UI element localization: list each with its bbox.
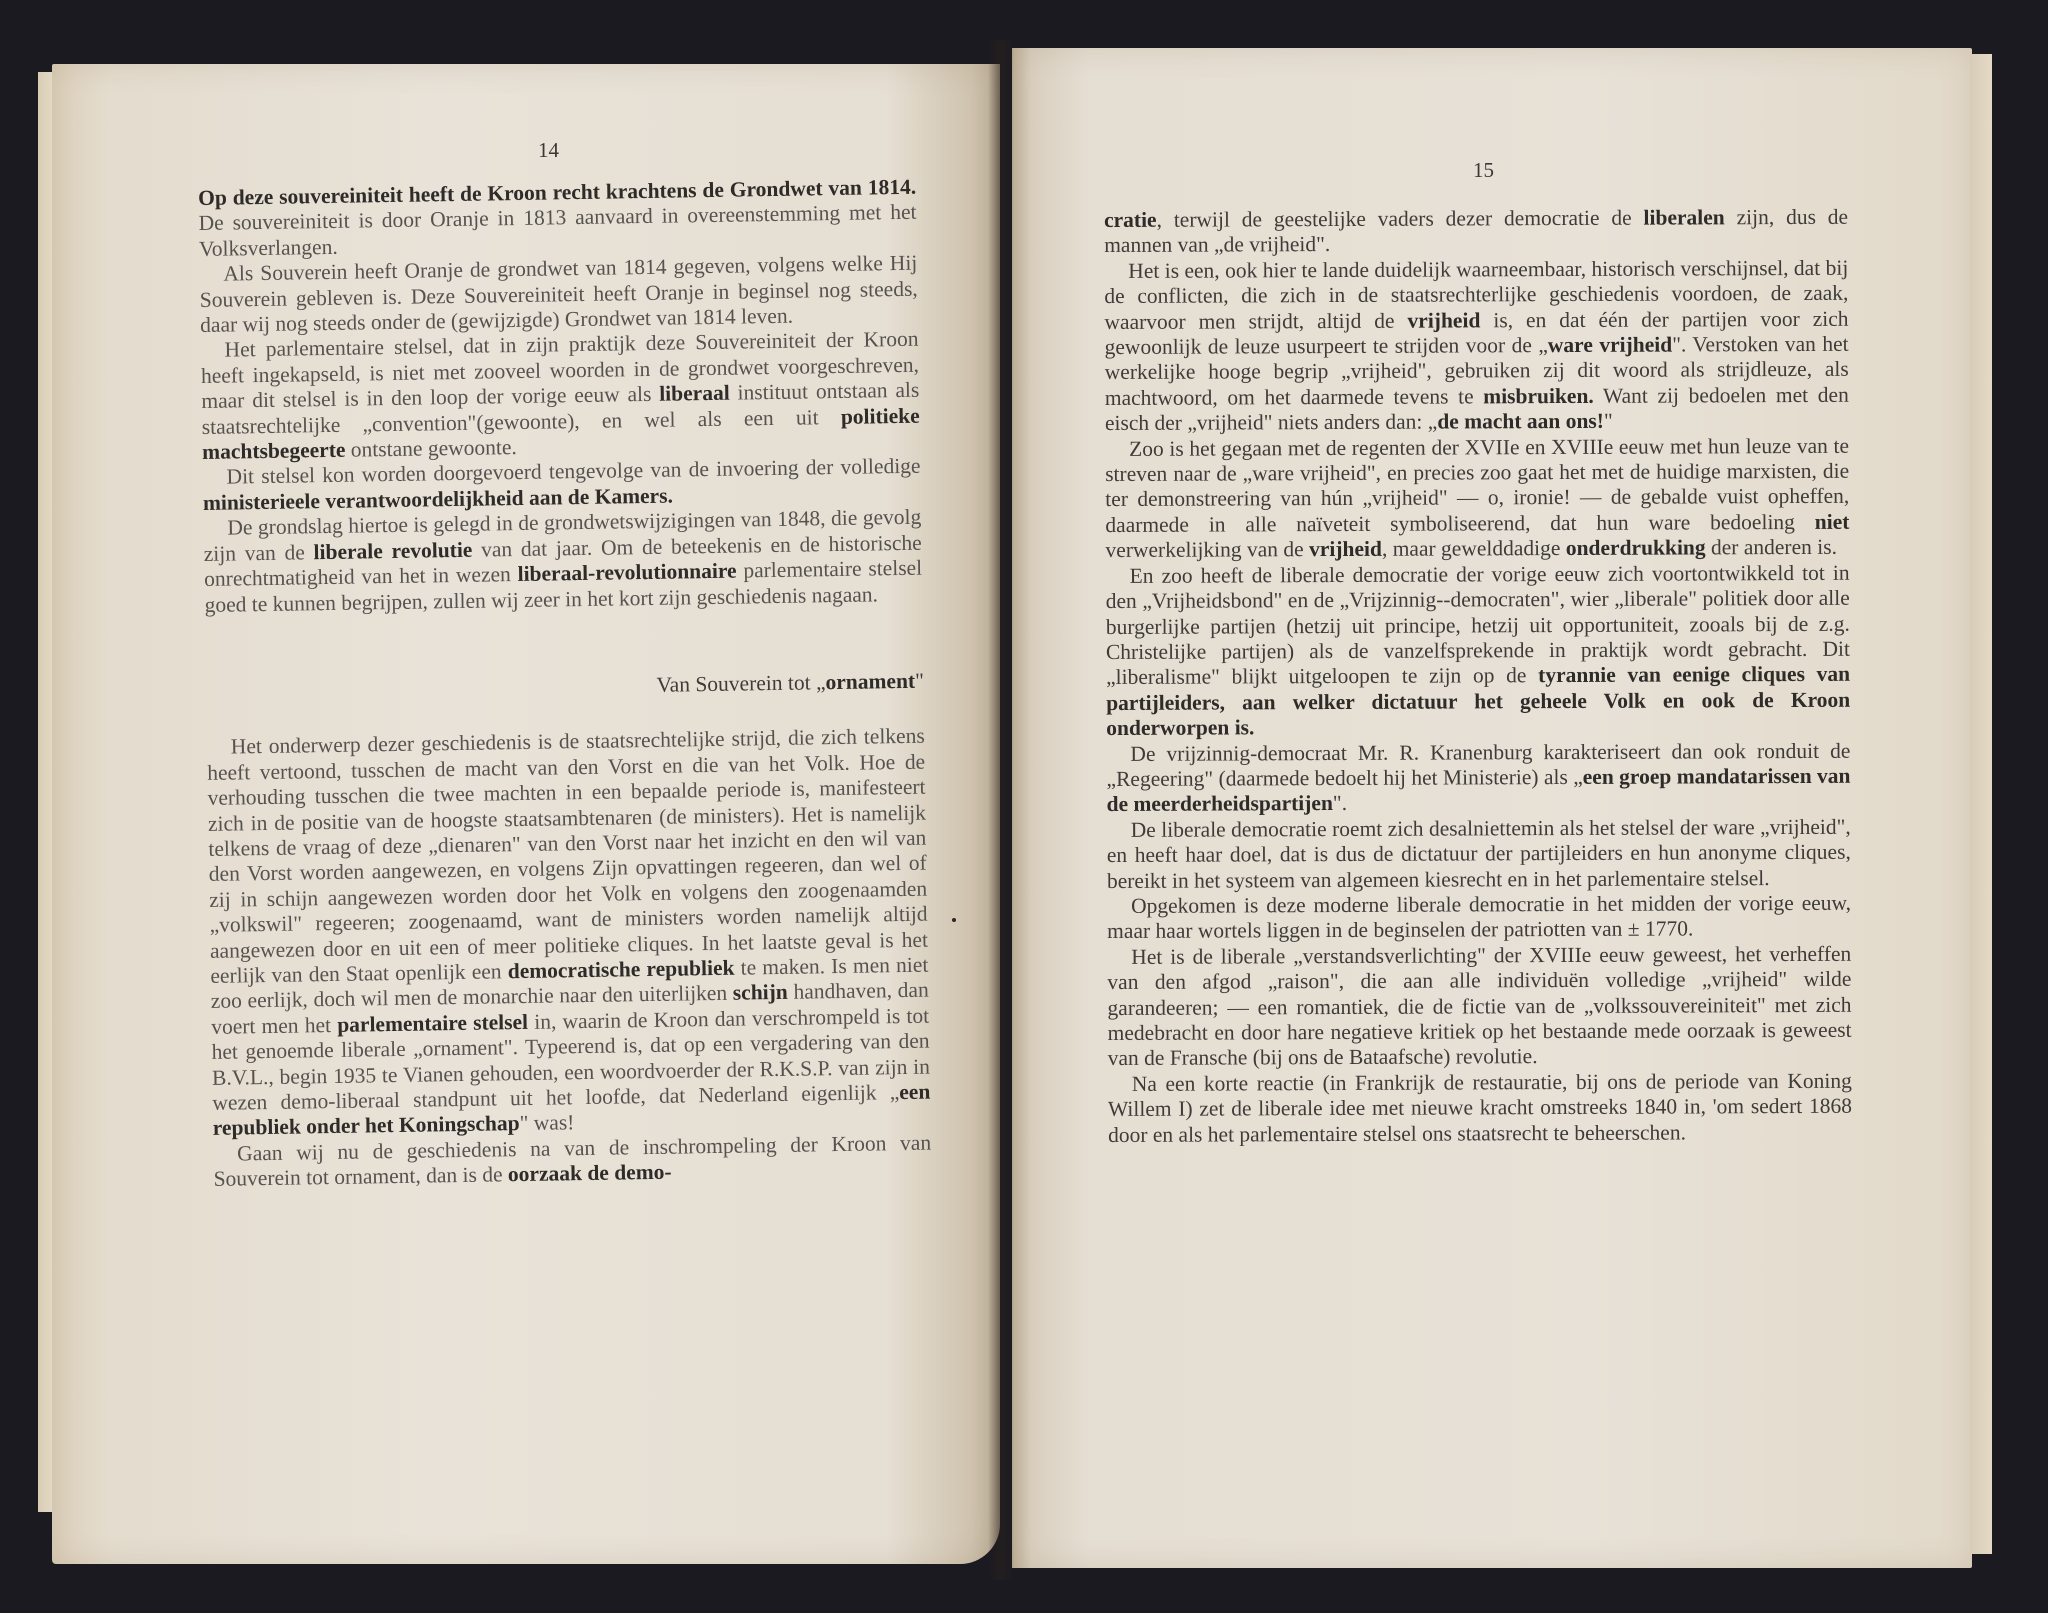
text: " [1604,409,1613,433]
bold-text: liberalen [1643,205,1724,229]
right-page-stack-edge [1970,54,1992,1554]
paragraph: Opgekomen is deze moderne liberale democ… [1107,891,1851,945]
left-page-body-text: Op deze souvereiniteit heeft de Kroon re… [198,175,932,1193]
bold-text: parlementaire stelsel [337,1010,528,1037]
bold-text: vrijheid [1309,537,1382,561]
text: ontstane gewoonte. [345,435,517,462]
text: der anderen is. [1706,535,1837,560]
bold-text: liberaal [659,381,730,406]
paragraph: Het parlementaire stelsel, dat in zijn p… [200,327,920,465]
bold-text: liberale revolutie [313,537,472,563]
right-page-body-text: cratie, terwijl de geestelijke vaders de… [1104,205,1852,1148]
paragraph: Op deze souvereiniteit heeft de Kroon re… [198,175,917,262]
paragraph: De vrijzinnig-democraat Mr. R. Kranenbur… [1106,738,1850,817]
bold-text: oorzaak de demo- [508,1160,672,1187]
text: Het onderwerp dezer geschiedenis is de s… [207,724,928,988]
bold-text: schijn [733,980,788,1005]
bold-text: niet [1815,510,1850,534]
text: Zoo is het gegaan met de regenten der XV… [1105,433,1849,536]
bold-text: vrijheid [1407,308,1480,332]
paragraph: Het is de liberale „verstandsverlichting… [1107,942,1852,1072]
bold-text: misbruiken. [1483,384,1594,408]
text: " [915,669,924,693]
book-gutter [988,40,1014,1580]
text: ". [1333,791,1347,815]
bold-text: ware vrijheid [1548,333,1672,358]
paragraph: De liberale democratie roemt zich desaln… [1107,814,1851,893]
paragraph: En zoo heeft de liberale democratie der … [1106,560,1851,741]
paragraph: Het is een, ook hier te lande duidelijk … [1104,256,1849,437]
text: Het is de liberale „verstandsverlichting… [1107,942,1851,1071]
text: Opgekomen is deze moderne liberale democ… [1107,891,1851,944]
bold-text: democratische republiek [508,956,735,984]
ink-speck [952,918,956,922]
text: Als Souverein heeft Oranje de grondwet v… [200,251,918,337]
section-heading: Van Souverein tot „ornament" [206,669,924,706]
bold-text: liberaal-revolutionnaire [517,559,736,586]
text: Na een korte reactie (in Frankrijk de re… [1108,1069,1852,1147]
paragraph: cratie, terwijl de geestelijke vaders de… [1104,205,1848,259]
text: verwerkelijking van de [1105,537,1309,562]
page-number-left: 14 [538,138,559,163]
paragraph: Als Souverein heeft Oranje de grondwet v… [199,251,918,338]
text: , maar gewelddadige [1382,536,1566,561]
bold-text: cratie [1104,208,1157,232]
text: De liberale democratie roemt zich desaln… [1107,814,1851,892]
paragraph: Na een korte reactie (in Frankrijk de re… [1108,1069,1852,1148]
text: " was! [519,1111,574,1136]
bold-text: onderdrukking [1566,536,1706,561]
text: , terwijl de geestelijke vaders dezer de… [1157,206,1644,232]
paragraph: Het onderwerp dezer geschiedenis is de s… [207,724,931,1142]
paragraph: De grondslag hiertoe is gelegd in de gro… [203,505,923,618]
page-number-right: 15 [1473,158,1494,183]
bold-text: ornament [825,669,915,694]
text: Van Souverein tot „ [656,670,825,697]
bold-text: de macht aan ons! [1437,409,1604,434]
paragraph: Zoo is het gegaan met de regenten der XV… [1105,433,1850,563]
